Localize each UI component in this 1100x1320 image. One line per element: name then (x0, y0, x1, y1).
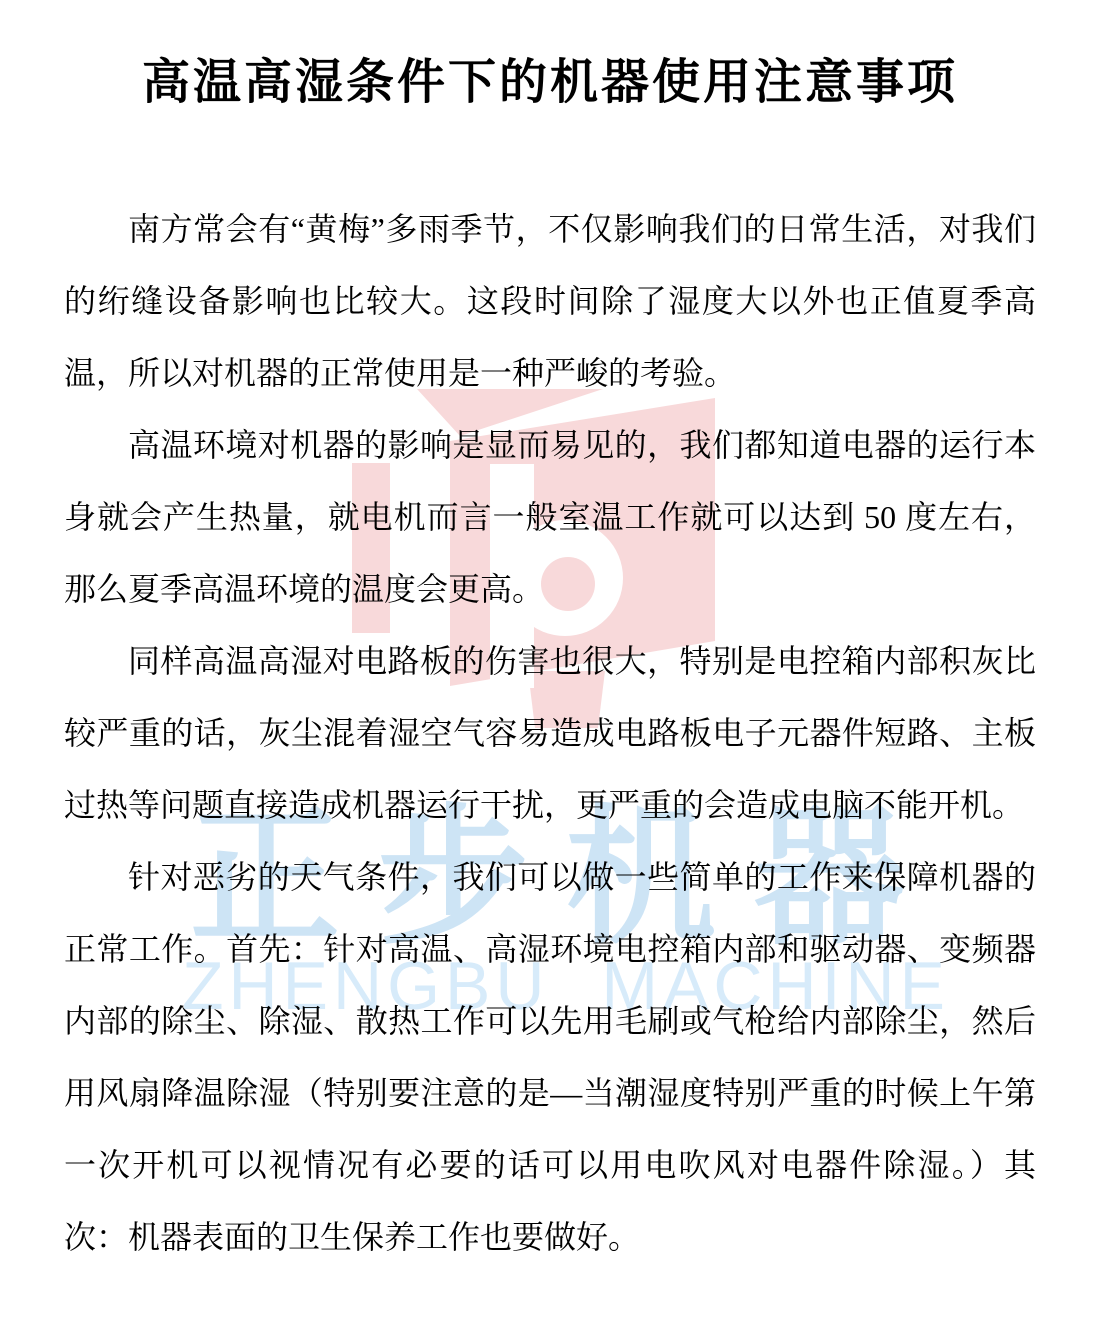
paragraph-2: 高温环境对机器的影响是显而易见的，我们都知道电器的运行本身就会产生热量，就电机而… (64, 409, 1036, 625)
paragraph-4: 针对恶劣的天气条件，我们可以做一些简单的工作来保障机器的正常工作。首先：针对高温… (64, 841, 1036, 1273)
page-title: 高温高湿条件下的机器使用注意事项 (0, 52, 1100, 114)
document-body: 南方常会有“黄梅”多雨季节，不仅影响我们的日常生活，对我们的绗缝设备影响也比较大… (64, 193, 1036, 1273)
paragraph-1: 南方常会有“黄梅”多雨季节，不仅影响我们的日常生活，对我们的绗缝设备影响也比较大… (64, 193, 1036, 409)
paragraph-3: 同样高温高湿对电路板的伤害也很大，特别是电控箱内部积灰比较严重的话，灰尘混着湿空… (64, 625, 1036, 841)
document-page: 正步机器 ZHENGBU MACHINE 高温高湿条件下的机器使用注意事项 南方… (0, 0, 1100, 1320)
